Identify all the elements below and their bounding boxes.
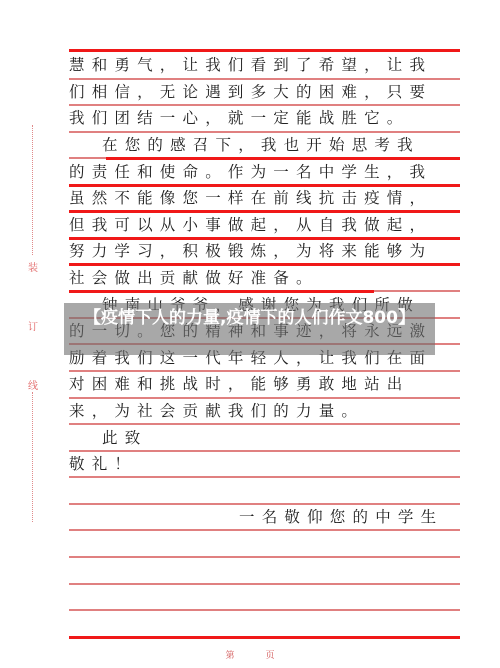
binding-label-ding: 订 [25,318,41,333]
letter-line: 虽然不能像您一样在前线抗击疫情， [69,186,460,210]
letter-salutation: 敬礼！ [69,452,460,476]
letter-line: 来，为社会贡献我们的力量。 [69,399,460,423]
page-suffix: 页 [265,651,274,661]
composition-paper-page: 装 订 线 慧和勇气，让我们看到了希望，让我 们相信，无论遇到多大的困难，只要 … [0,0,500,668]
binding-label-xian: 线 [25,377,41,392]
letter-closing: 此致 [69,426,493,450]
rule-line [69,157,106,159]
rule-line [374,290,460,292]
letter-line: 但我可以从小事做起，从自我做起， [69,213,460,237]
letter-line: 慧和勇气，让我们看到了希望，让我 [69,53,460,77]
letter-line [69,479,460,503]
letter-line: 我们团结一心，就一定能战胜它。 [69,106,460,130]
rule-line [69,529,460,531]
binding-dotted-line [32,125,33,255]
binding-dotted-line [32,392,33,522]
rule-line [69,49,460,52]
letter-line: 对困难和挑战时，能够勇敢地站出 [69,372,460,396]
letter-line: 们相信，无论遇到多大的困难，只要 [69,80,460,104]
letter-line: 努力学习，积极锻炼，为将来能够为 [69,239,460,263]
binding-label-zhuang: 装 [25,259,41,274]
letter-line: 的责任和使命。作为一名中学生，我 [69,160,460,184]
letter-line: 社会做出贡献做好准备。 [69,266,460,290]
letter-line: 在您的感召下，我也开始思考我 [69,133,493,157]
title-overlay-text: 【疫情下人的力量,疫情下的人们作文800】 [64,303,435,328]
page-number-footer: 第 页 [0,648,500,661]
letter-signature: 一名敬仰您的中学生 [239,505,460,529]
rule-line [69,556,460,558]
rule-line [69,423,460,425]
page-prefix: 第 [226,651,235,661]
rule-line [69,583,460,585]
rule-line [69,476,460,478]
rule-line [69,636,460,639]
rule-line [69,609,460,611]
